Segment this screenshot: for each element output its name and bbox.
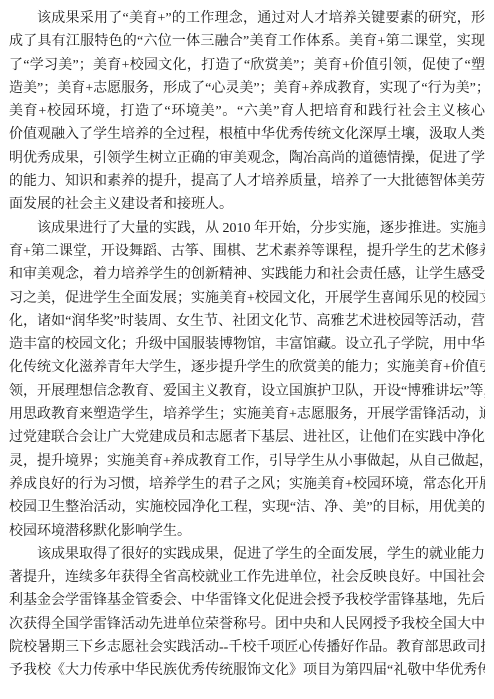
text-line: 明优秀成果，引领学生树立正确的审美观念，陶冶高尚的道德情操，促进了学生 (9, 147, 485, 170)
text-line: 次获得全国学雷锋活动先进单位荣誉称号。团中央和人民网授予我校全国大中专 (9, 613, 485, 636)
text-line: 该成果进行了大量的实践，从 2010 年开始，分步实施，逐步推进。实施美 (9, 217, 485, 240)
text-line: 领，开展理想信念教育、爱国主义教育，设立国旗护卫队，开设“博雅讲坛”等， (9, 380, 485, 403)
paragraph: 该成果进行了大量的实践，从 2010 年开始，分步实施，逐步推进。实施美育+第二… (9, 217, 485, 543)
text-line: 过党建联合会让广大党建成员和志愿者下基层、进社区，让他们在实践中净化心 (9, 426, 485, 449)
text-line: 利基金会学雷锋基金管委会、中华雷锋文化促进会授予我校学雷锋基地，先后两 (9, 589, 485, 612)
text-line: 成了具有江服特色的“六位一体三融合”美育工作体系。美育+第二课堂，实现 (9, 30, 485, 53)
paragraph: 该成果采用了“美育+”的工作理念，通过对人才培养关键要素的研究，形成了具有江服特… (9, 7, 485, 217)
text-line: 该成果采用了“美育+”的工作理念，通过对人才培养关键要素的研究，形 (9, 7, 485, 30)
text-line: 灵，提升境界；实施美育+养成教育工作，引导学生从小事做起，从自己做起， (9, 450, 485, 473)
text-line: 用思政教育来塑造学生，培养学生；实施美育+志愿服务，开展学雷锋活动，通 (9, 403, 485, 426)
text-line: 面发展的社会主义建设者和接班人。 (9, 193, 485, 216)
text-line: 的能力、知识和素养的提升，提高了人才培养质量，培养了一大批德智体美劳全 (9, 170, 485, 193)
text-line: 养成良好的行为习惯，培养学生的君子之风；实施美育+校园环境，常态化开展 (9, 473, 485, 496)
text-line: 化传统文化滋养青年大学生，逐步提升学生的欣赏美的能力；实施美育+价值引 (9, 356, 485, 379)
paragraph: 该成果取得了很好的实践成果，促进了学生的全面发展，学生的就业能力显著提升，连续多… (9, 543, 485, 683)
text-line: 育+第二课堂，开设舞蹈、古筝、围棋、艺术素养等课程，提升学生的艺术修养 (9, 240, 485, 263)
text-line: 该成果取得了很好的实践成果，促进了学生的全面发展，学生的就业能力显 (9, 543, 485, 566)
text-line: 了“学习美”；美育+校园文化，打造了“欣赏美”；美育+价值引领，促使了“塑 (9, 54, 485, 77)
text-line: 造美”；美育+志愿服务，形成了“心灵美”；美育+养成教育，实现了“行为美”； (9, 77, 485, 100)
text-line: 校园环境潜移默化影响学生。 (9, 520, 485, 543)
text-line: 习之美，促进学生全面发展；实施美育+校园文化，开展学生喜闻乐见的校园文 (9, 287, 485, 310)
document-page: 该成果采用了“美育+”的工作理念，通过对人才培养关键要素的研究，形成了具有江服特… (0, 0, 494, 699)
text-line: 美育+校园环境，打造了“环境美”。“六美”育人把培育和践行社会主义核心 (9, 100, 485, 123)
text-line: 和审美观念，着力培养学生的创新精神、实践能力和社会责任感，让学生感受学 (9, 263, 485, 286)
text-line: 校园卫生整治活动，实施校园净化工程，实现“洁、净、美”的目标，用优美的 (9, 496, 485, 519)
text-line: 著提升，连续多年获得全省高校就业工作先进单位，社会反映良好。中国社会福 (9, 566, 485, 589)
text-line: 院校暑期三下乡志愿社会实践活动--千校千项匠心传播好作品。教育部思政司授 (9, 636, 485, 659)
text-line: 价值观融入了学生培养的全过程，根植中华优秀传统文化深厚土壤，汲取人类文 (9, 123, 485, 146)
text-line: 化，诸如“润华奖”时装周、女生节、社团文化节、高雅艺术进校园等活动，营 (9, 310, 485, 333)
text-line: 予我校《大力传承中华民族优秀传统服饰文化》项目为第四届“礼敬中华优秀传 (9, 659, 485, 682)
text-line: 造丰富的校园文化；升级中国服装博物馆，丰富馆藏。设立孔子学院，用中华优 (9, 333, 485, 356)
